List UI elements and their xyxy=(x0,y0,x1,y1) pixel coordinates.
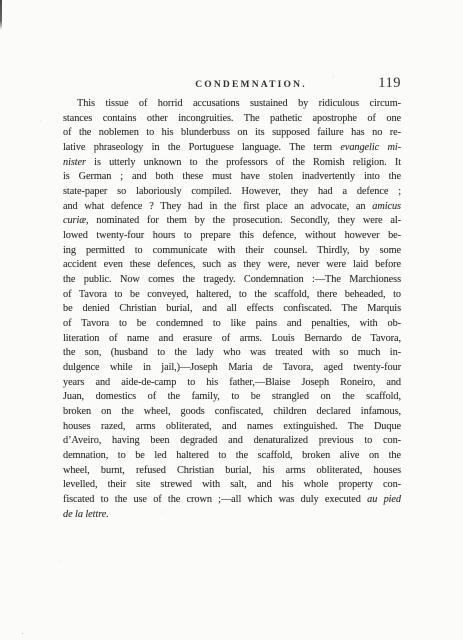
text-segment: fiscated to the use of the crown ;—all w… xyxy=(63,494,367,505)
scan-edge-artifact xyxy=(0,0,2,30)
italic-phrase: nister xyxy=(63,157,86,168)
text-segment: houses razed, arms obliterated, and name… xyxy=(63,421,401,432)
text-segment: state-paper so laboriously compiled. How… xyxy=(63,186,401,197)
text-line: nister is utterly unknown to the profess… xyxy=(63,156,401,171)
text-segment: lative phraseology in the Portuguese lan… xyxy=(63,142,340,153)
text-segment: ing permitted to communicate with their … xyxy=(63,245,401,256)
text-line: years and aide-de-camp to his father,—Bl… xyxy=(63,376,401,391)
text-line: curiæ, nominated for them by the prosecu… xyxy=(63,214,401,229)
text-segment: This tissue of horrid accusations sustai… xyxy=(77,98,401,109)
running-header: CONDEMNATION. 119 xyxy=(63,74,401,90)
text-line: fiscated to the use of the crown ;—all w… xyxy=(63,493,401,508)
italic-phrase: evangelic mi- xyxy=(340,142,401,153)
text-segment: Juan, domestics of the family, to be str… xyxy=(63,391,401,402)
text-segment: wheel, burnt, refused Christian burial, … xyxy=(63,465,401,476)
text-line: of the noblemen to his blunderbuss on it… xyxy=(63,126,401,141)
text-line: stances contains other incongruities. Th… xyxy=(63,112,401,127)
text-segment: the public. Now comes the tragedy. Conde… xyxy=(63,274,401,285)
text-segment: d’Aveiro, having been degraded and denat… xyxy=(63,435,401,446)
text-line: the public. Now comes the tragedy. Conde… xyxy=(63,273,401,288)
text-segment: demnation, to be led haltered to the sca… xyxy=(63,450,401,461)
text-segment: of the noblemen to his blunderbuss on it… xyxy=(63,127,401,138)
text-segment: nominated for them by the prosecution. S… xyxy=(89,215,401,226)
italic-phrase: amicus xyxy=(372,201,401,212)
text-line: of Tavora to be conveyed, haltered, to t… xyxy=(63,288,401,303)
text-segment: the son, (husband to the lady who was tr… xyxy=(63,347,401,358)
text-line: broken on the wheel, goods confiscated, … xyxy=(63,405,401,420)
italic-phrase: de la lettre. xyxy=(63,509,109,520)
italic-phrase: curiæ, xyxy=(63,215,89,226)
text-segment: lowed twenty-four hours to prepare this … xyxy=(63,230,401,241)
text-line: lowed twenty-four hours to prepare this … xyxy=(63,229,401,244)
text-line: the son, (husband to the lady who was tr… xyxy=(63,346,401,361)
text-line: wheel, burnt, refused Christian burial, … xyxy=(63,464,401,479)
text-segment: is utterly unknown to the professors of … xyxy=(86,157,401,168)
text-segment: stances contains other incongruities. Th… xyxy=(63,113,401,124)
scan-page: CONDEMNATION. 119 This tissue of horrid … xyxy=(0,0,463,640)
text-segment: years and aide-de-camp to his father,—Bl… xyxy=(63,377,401,388)
page-number: 119 xyxy=(378,75,401,92)
text-block: This tissue of horrid accusations sustai… xyxy=(63,97,401,522)
text-line: de la lettre. xyxy=(63,508,401,523)
text-line: lative phraseology in the Portuguese lan… xyxy=(63,141,401,156)
scan-speckles xyxy=(0,0,1,1)
text-line: literation of name and erasure of arms. … xyxy=(63,332,401,347)
italic-phrase: au pied xyxy=(367,494,401,505)
text-line: ing permitted to communicate with their … xyxy=(63,244,401,259)
text-line: demnation, to be led haltered to the sca… xyxy=(63,449,401,464)
text-segment: accident even these defences, such as th… xyxy=(63,259,401,270)
text-segment: literation of name and erasure of arms. … xyxy=(63,333,401,344)
text-line: of Tavora to be condemned to like pains … xyxy=(63,317,401,332)
text-segment: of Tavora to be conveyed, haltered, to t… xyxy=(63,289,401,300)
text-line: is German ; and both these must have sto… xyxy=(63,170,401,185)
text-segment: of Tavora to be condemned to like pains … xyxy=(63,318,401,329)
text-line: dulgence while in jail,)—Joseph Maria de… xyxy=(63,361,401,376)
text-line: Juan, domestics of the family, to be str… xyxy=(63,390,401,405)
text-segment: levelled, their site strewed with salt, … xyxy=(63,479,401,490)
text-segment: be denied Christian burial, and all effe… xyxy=(63,303,401,314)
text-line: levelled, their site strewed with salt, … xyxy=(63,478,401,493)
text-segment: broken on the wheel, goods confiscated, … xyxy=(63,406,401,417)
text-segment: and what defence ? They had in the first… xyxy=(63,201,372,212)
text-line: This tissue of horrid accusations sustai… xyxy=(63,97,401,112)
running-header-title: CONDEMNATION. xyxy=(195,80,307,90)
text-line: houses razed, arms obliterated, and name… xyxy=(63,420,401,435)
text-line: be denied Christian burial, and all effe… xyxy=(63,302,401,317)
text-line: state-paper so laboriously compiled. How… xyxy=(63,185,401,200)
text-segment: dulgence while in jail,)—Joseph Maria de… xyxy=(63,362,401,373)
text-line: accident even these defences, such as th… xyxy=(63,258,401,273)
text-line: d’Aveiro, having been degraded and denat… xyxy=(63,434,401,449)
text-line: and what defence ? They had in the first… xyxy=(63,200,401,215)
text-segment: is German ; and both these must have sto… xyxy=(63,171,401,182)
